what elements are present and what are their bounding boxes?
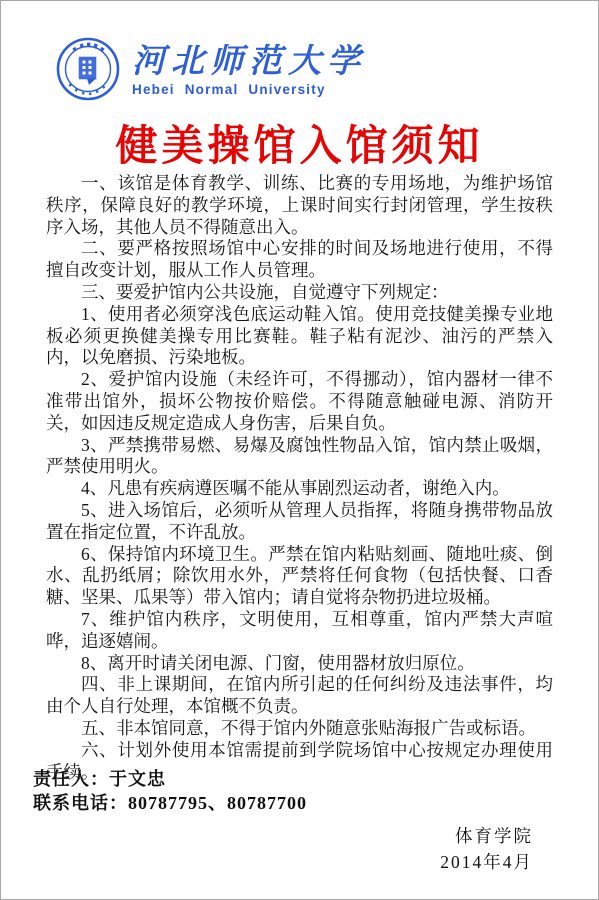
- notice-paragraph: 五、非本馆同意，不得于馆内外随意张贴海报广告或标语。: [46, 718, 553, 740]
- university-name-cn: 河北师范大学: [132, 42, 366, 80]
- notice-paragraph: 一、该馆是体育教学、训练、比赛的专用场地，为维护场馆秩序，保障良好的教学环境，上…: [46, 173, 553, 238]
- notice-paragraph: 3、严禁携带易燃、易爆及腐蚀性物品入馆，馆内禁止吸烟，严禁使用明火。: [46, 435, 553, 479]
- university-seal-icon: [56, 37, 120, 101]
- responsible-person: 责任人：于文忠: [33, 767, 553, 791]
- notice-paragraph: 6、保持馆内环境卫生。严禁在馆内粘贴刻画、随地吐痰、倒水、乱扔纸屑；除饮用水外，…: [46, 544, 553, 609]
- signoff-date: 2014年4月: [33, 849, 533, 875]
- signoff-department: 体育学院: [33, 823, 533, 849]
- notice-paragraph: 三、要爱护馆内公共设施，自觉遵守下列规定：: [46, 282, 553, 304]
- notice-paragraph: 4、凡患有疾病遵医嘱不能从事剧烈运动者，谢绝入内。: [46, 478, 553, 500]
- university-name-en: Hebei Normal University: [132, 82, 366, 97]
- notice-footer: 责任人：于文忠 联系电话：80787795、80787700 体育学院 2014…: [33, 767, 553, 875]
- notice-body: 一、该馆是体育教学、训练、比赛的专用场地，为维护场馆秩序，保障良好的教学环境，上…: [46, 173, 553, 783]
- notice-document: 河北师范大学 Hebei Normal University 健美操馆入馆须知 …: [0, 0, 599, 900]
- university-logo: 河北师范大学 Hebei Normal University: [56, 37, 366, 101]
- notice-paragraph: 2、爱护馆内设施（未经许可，不得挪动），馆内器材一律不准带出馆外，损坏公物按价赔…: [46, 369, 553, 434]
- notice-paragraph: 1、使用者必须穿浅色底运动鞋入馆。使用竞技健美操专业地板必须更换健美操专用比赛鞋…: [46, 304, 553, 369]
- university-name-block: 河北师范大学 Hebei Normal University: [132, 42, 366, 97]
- page-title: 健美操馆入馆须知: [1, 113, 598, 173]
- notice-paragraph: 5、进入场馆后，必须听从管理人员指挥，将随身携带物品放置在指定位置，不许乱放。: [46, 500, 553, 544]
- signoff-block: 体育学院 2014年4月: [33, 823, 533, 875]
- notice-paragraph: 7、维护馆内秩序，文明使用，互相尊重，馆内严禁大声喧哗，追逐嬉闹。: [46, 609, 553, 653]
- contact-phone: 联系电话：80787795、80787700: [33, 791, 553, 815]
- notice-paragraph: 8、离开时请关闭电源、门窗，使用器材放归原位。: [46, 653, 553, 675]
- notice-paragraph: 二、要严格按照场馆中心安排的时间及场地进行使用，不得擅自改变计划，服从工作人员管…: [46, 238, 553, 282]
- notice-paragraph: 四、非上课期间，在馆内所引起的任何纠纷及违法事件，均由个人自行处理，本馆概不负责…: [46, 674, 553, 718]
